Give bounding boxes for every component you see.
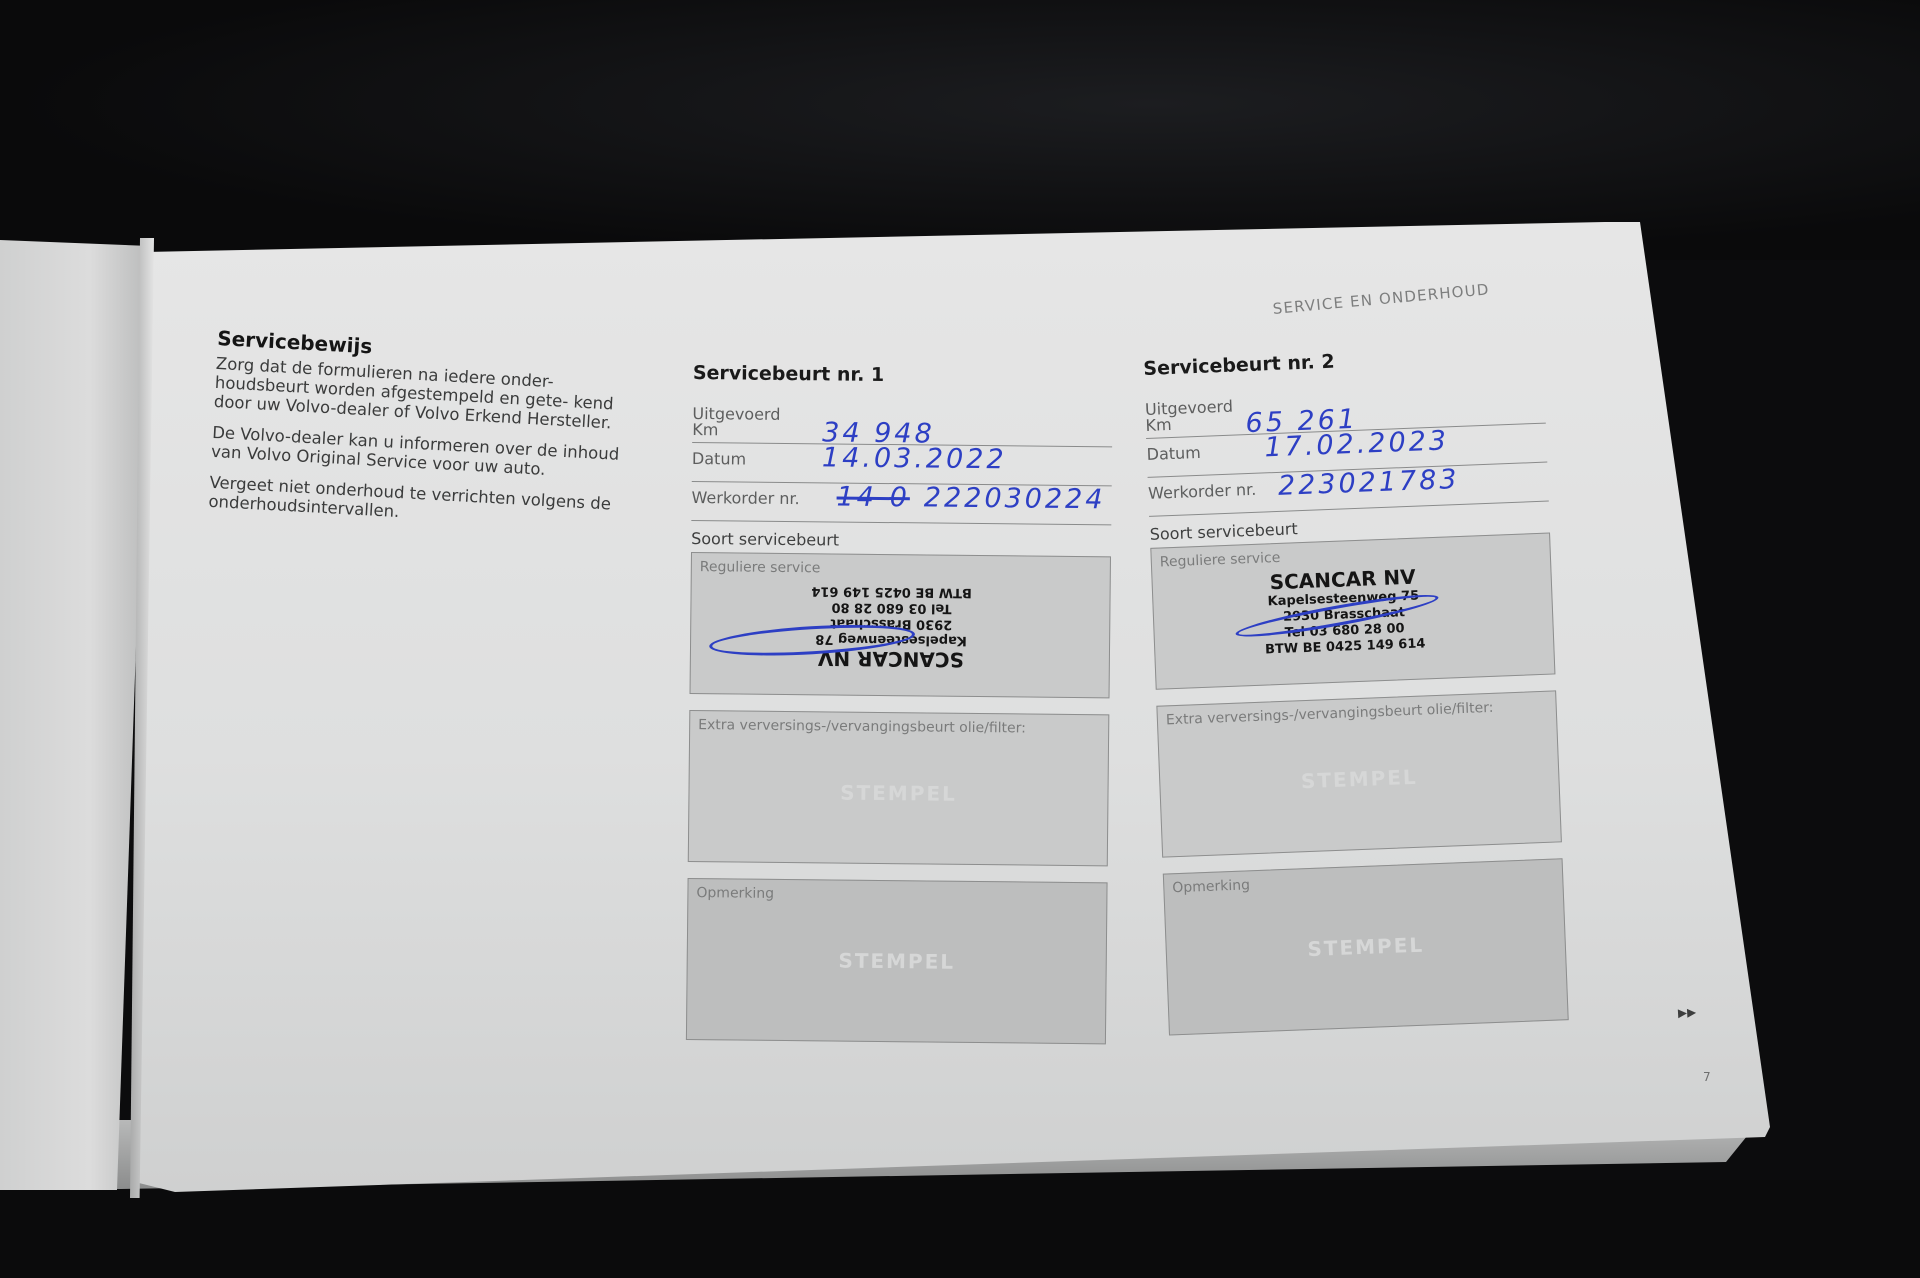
datum-value: 14.03.2022 [822, 442, 1007, 475]
stempel-watermark: STEMPEL [689, 779, 1107, 807]
datum-label: Datum [692, 449, 746, 469]
struck-werkorder: 14-0 [836, 482, 910, 514]
soort-label: Soort servicebeurt [691, 529, 1111, 552]
reguliere-stamp-box: Reguliere service SCANCAR NV Kapelsestee… [690, 552, 1111, 698]
datum-row: Datum 14.03.2022 [692, 443, 1112, 486]
service-title: Servicebeurt nr. 2 [1143, 343, 1544, 380]
intro-paragraph: De Volvo-dealer kan u informeren over de… [211, 423, 642, 484]
reguliere-label: Reguliere service [700, 559, 821, 576]
datum-value: 17.02.2023 [1264, 425, 1450, 463]
opmerking-box: Opmerking STEMPEL [686, 878, 1108, 1044]
werkorder-value: 222030224 [924, 482, 1106, 515]
extra-label: Extra verversings-/vervangingsbeurt olie… [698, 717, 1026, 736]
continue-arrows-icon: ▸▸ [1677, 1002, 1696, 1024]
opmerking-label: Opmerking [696, 885, 774, 902]
km-label: Km [692, 420, 718, 439]
opmerking-label: Opmerking [1172, 877, 1250, 896]
km-row: Uitgevoerd Km 34 948 [692, 398, 1112, 447]
section-header: SERVICE EN ONDERHOUD [1272, 280, 1490, 318]
stempel-watermark: STEMPEL [1166, 927, 1565, 966]
service-title: Servicebeurt nr. 1 [693, 362, 1113, 388]
page-content: SERVICE EN ONDERHOUD Servicebewijs Zorg … [0, 0, 1920, 1278]
werkorder-value: 223021783 [1277, 464, 1460, 502]
stamp-tel: Tel 03 680 28 80 [761, 598, 1021, 617]
stempel-watermark: STEMPEL [688, 947, 1106, 975]
intro-block: Servicebewijs Zorg dat de formulieren na… [207, 326, 647, 546]
reguliere-stamp-box: Reguliere service SCANCAR NV Kapelsestee… [1150, 533, 1555, 690]
werkorder-value-group: 14-0222030224 [836, 482, 1105, 516]
datum-label: Datum [1146, 443, 1201, 464]
opmerking-box: Opmerking STEMPEL [1163, 858, 1569, 1035]
stempel-watermark: STEMPEL [1160, 759, 1559, 798]
km-label: Km [1145, 415, 1172, 435]
stamp-vat: BTW BE 0425 149 614 [762, 582, 1022, 601]
service-column-1: Servicebeurt nr. 1 Uitgevoerd Km 34 948 … [686, 362, 1113, 1060]
service-column-2: Servicebeurt nr. 2 Uitgevoerd Km 65 261 … [1143, 343, 1569, 1052]
extra-stamp-box: Extra verversings-/vervangingsbeurt olie… [1156, 690, 1562, 857]
page-number: 7 [1703, 1070, 1711, 1084]
werkorder-row: Werkorder nr. 14-0222030224 [691, 482, 1111, 525]
intro-paragraph: Vergeet niet onderhoud te verrichten vol… [208, 473, 639, 534]
reguliere-label: Reguliere service [1160, 550, 1281, 571]
extra-stamp-box: Extra verversings-/vervangingsbeurt olie… [688, 710, 1110, 866]
werkorder-label: Werkorder nr. [691, 488, 799, 508]
extra-label: Extra verversings-/vervangingsbeurt olie… [1166, 700, 1494, 729]
werkorder-label: Werkorder nr. [1148, 480, 1257, 503]
